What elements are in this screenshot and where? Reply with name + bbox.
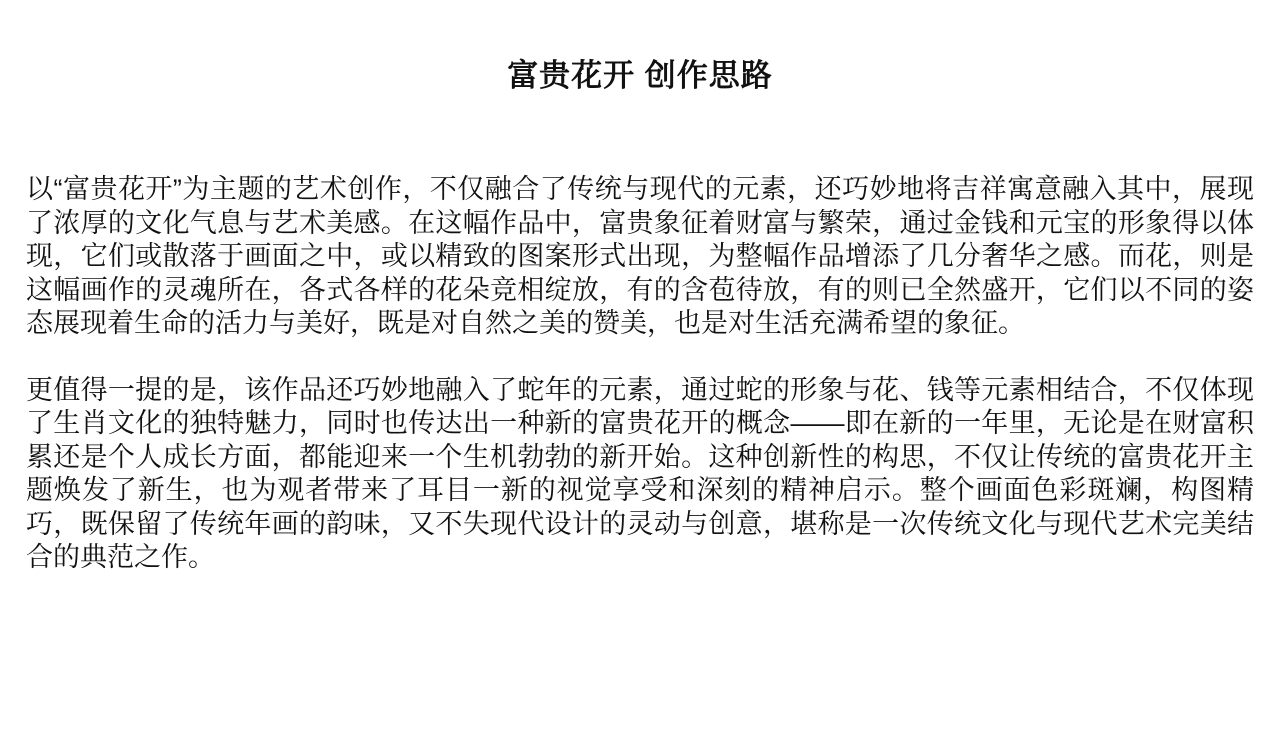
document-page: 富贵花开 创作思路 以“富贵花开”为主题的艺术创作，不仅融合了传统与现代的元素，… (0, 0, 1280, 748)
paragraph-intro: 以“富贵花开”为主题的艺术创作，不仅融合了传统与现代的元素，还巧妙地将吉祥寓意融… (26, 173, 1254, 341)
document-body: 以“富贵花开”为主题的艺术创作，不仅融合了传统与现代的元素，还巧妙地将吉祥寓意融… (26, 95, 1254, 575)
paragraph-detail: 更值得一提的是，该作品还巧妙地融入了蛇年的元素，通过蛇的形象与花、钱等元素相结合… (26, 374, 1254, 575)
page-title: 富贵花开 创作思路 (0, 0, 1280, 95)
